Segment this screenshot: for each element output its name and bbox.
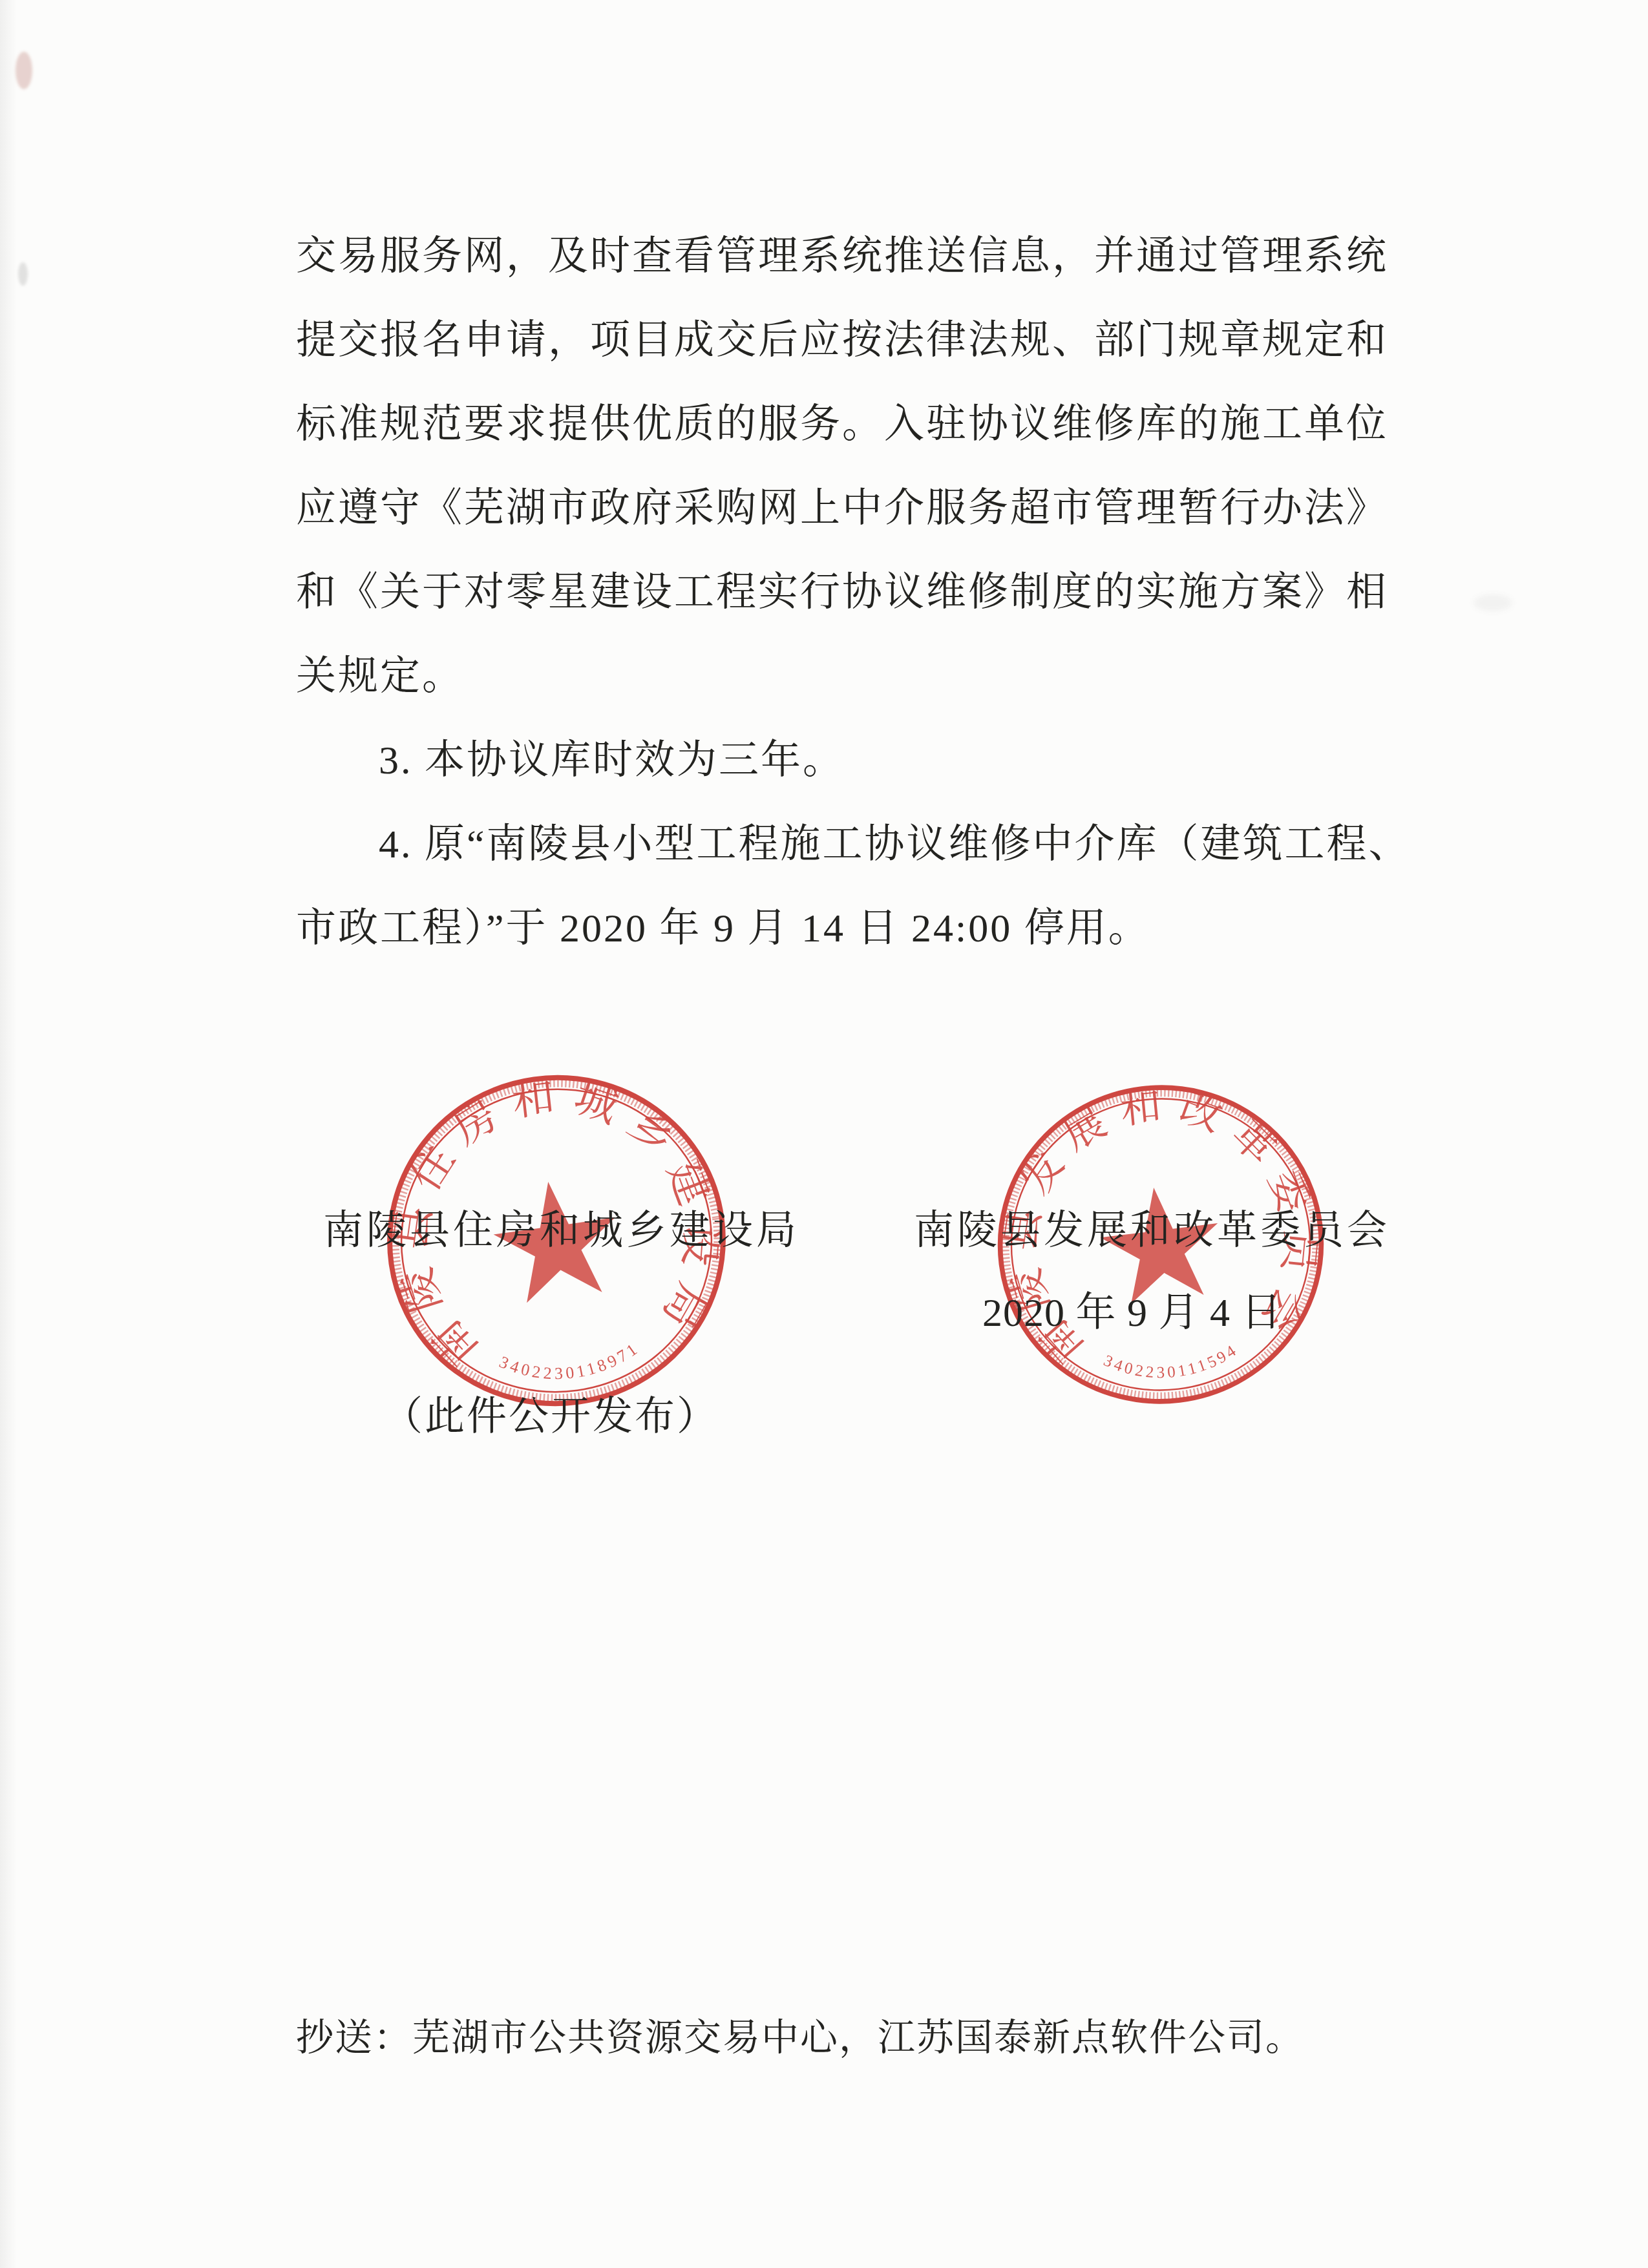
signature-housing-bureau: 南陵县住房和城乡建设局 <box>323 1210 799 1252</box>
body-line: 市政工程）”于 2020 年 9 月 14 日 24:00 停用。 <box>296 887 1411 971</box>
document-page: 南陵县住房和城乡建设局 3402230118971 南陵县发展和改革委员会 34… <box>0 0 1648 2268</box>
public-release-note: （此件公开发布） <box>383 1396 719 1438</box>
body-line: 标准规范要求提供优质的服务。入驻协议维修库的施工单位 <box>296 383 1411 467</box>
body-line-item-3: 3. 本协议库时效为三年。 <box>296 719 1411 803</box>
cc-line: 抄送：芜湖市公共资源交易中心，江苏国泰新点软件公司。 <box>296 2017 1304 2059</box>
body-line: 关规定。 <box>296 635 1411 719</box>
body-line: 应遵守《芜湖市政府采购网上中介服务超市管理暂行办法》 <box>296 467 1411 551</box>
scan-artifact <box>16 52 32 89</box>
body-line: 提交报名申请，项目成交后应按法律法规、部门规章规定和 <box>296 299 1411 383</box>
signature-date: 2020 年 9 月 4 日 <box>982 1292 1282 1334</box>
body-line: 交易服务网，及时查看管理系统推送信息，并通过管理系统 <box>296 215 1411 299</box>
scan-artifact <box>18 262 28 286</box>
body-line-item-4: 4. 原“南陵县小型工程施工协议维修中介库（建筑工程、 <box>296 803 1411 887</box>
body-text: 交易服务网，及时查看管理系统推送信息，并通过管理系统 提交报名申请，项目成交后应… <box>296 215 1411 971</box>
body-line: 和《关于对零星建设工程实行协议维修制度的实施方案》相 <box>296 551 1411 635</box>
scan-artifact <box>1474 594 1512 611</box>
signature-reform-commission: 南陵县发展和改革委员会 <box>914 1210 1390 1252</box>
